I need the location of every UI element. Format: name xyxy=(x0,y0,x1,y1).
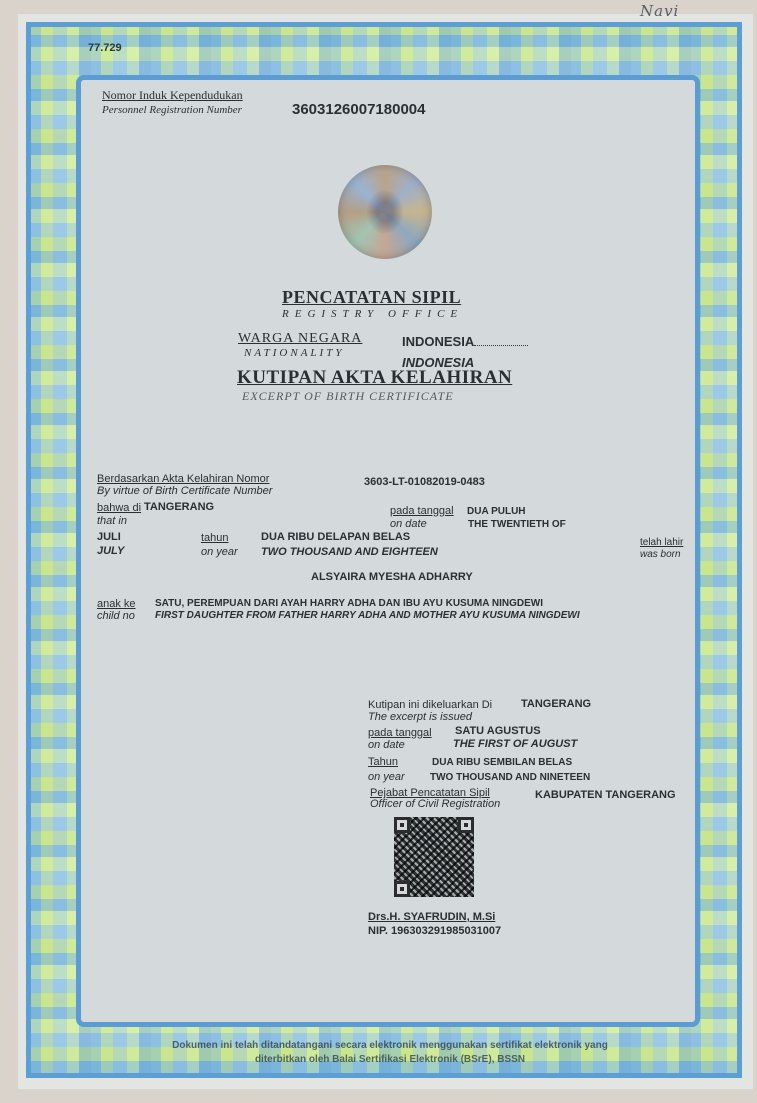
officer-label-en: Officer of Civil Registration xyxy=(370,798,500,810)
issue-year-en: TWO THOUSAND AND NINETEEN xyxy=(430,772,590,783)
born-label-en: was born xyxy=(640,549,681,560)
birth-month-id: JULI xyxy=(97,531,121,543)
child-no-label-en: child no xyxy=(97,610,135,622)
place-label-en: that in xyxy=(97,515,127,527)
garuda-hologram-icon xyxy=(338,165,432,259)
issued-place: TANGERANG xyxy=(521,698,591,710)
nationality-label-id: WARGA NEGARA xyxy=(238,331,362,347)
cert-no-value: 3603-LT-01082019-0483 xyxy=(364,476,485,488)
birth-year-id: DUA RIBU DELAPAN BELAS xyxy=(261,531,410,543)
dotted-line xyxy=(474,345,528,346)
office-title-en: REGISTRY OFFICE xyxy=(282,308,463,320)
issue-year-label-en: on year xyxy=(368,771,405,783)
child-no-label-id: anak ke xyxy=(97,598,136,610)
signatory-nip: NIP. 196303291985031007 xyxy=(368,925,501,937)
nationality-label-en: NATIONALITY xyxy=(244,347,344,359)
nationality-value-id-text: INDONESIA xyxy=(402,334,474,349)
issue-date-id: SATU AGUSTUS xyxy=(455,725,541,737)
office-title-id: PENCATATAN SIPIL xyxy=(282,287,461,308)
birth-day-id: DUA PULUH xyxy=(467,506,526,517)
nationality-value-id: INDONESIA xyxy=(402,334,528,349)
nik-label-en: Personnel Registration Number xyxy=(102,104,242,116)
qr-finder-top-left xyxy=(394,817,410,833)
qr-code-icon xyxy=(394,817,474,897)
qr-finder-bottom-left xyxy=(394,881,410,897)
child-desc-en: FIRST DAUGHTER FROM FATHER HARRY ADHA AN… xyxy=(155,610,580,621)
qr-finder-top-right xyxy=(458,817,474,833)
issued-label-id: Kutipan ini dikeluarkan Di xyxy=(368,699,492,711)
cert-no-label-en: By virtue of Birth Certificate Number xyxy=(97,485,272,497)
signatory-name: Drs.H. SYAFRUDIN, M.Si xyxy=(368,911,495,923)
issue-date-label-en: on date xyxy=(368,739,405,751)
issue-date-label-id: pada tanggal xyxy=(368,727,432,739)
handwritten-note: Navi xyxy=(640,2,679,20)
document-title-id: KUTIPAN AKTA KELAHIRAN xyxy=(237,367,512,389)
issue-date-en: THE FIRST OF AUGUST xyxy=(453,738,577,750)
place-label-id: bahwa di xyxy=(97,502,141,514)
officer-region: KABUPATEN TANGERANG xyxy=(535,789,676,801)
born-label-id: telah lahir xyxy=(640,537,683,548)
date-label-id: pada tanggal xyxy=(390,505,454,517)
child-desc-id: SATU, PEREMPUAN DARI AYAH HARRY ADHA DAN… xyxy=(155,598,543,609)
birth-month-en: JULY xyxy=(97,545,124,557)
document-title-en: EXCERPT OF BIRTH CERTIFICATE xyxy=(242,389,454,404)
cert-no-label-id: Berdasarkan Akta Kelahiran Nomor xyxy=(97,473,269,485)
nik-label-id: Nomor Induk Kependudukan xyxy=(102,88,243,103)
birth-year-en: TWO THOUSAND AND EIGHTEEN xyxy=(261,546,438,558)
issue-year-label-id: Tahun xyxy=(368,756,398,768)
year-label-id: tahun xyxy=(201,532,229,544)
year-label-en: on year xyxy=(201,546,238,558)
date-label-en: on date xyxy=(390,518,427,530)
issued-label-en: The excerpt is issued xyxy=(368,711,472,723)
nik-value: 3603126007180004 xyxy=(292,101,425,118)
serial-number: 77.729 xyxy=(88,42,122,54)
birth-day-en: THE TWENTIETH OF xyxy=(468,519,566,530)
footer-note-line2: diterbitkan oleh Balai Sertifikasi Elekt… xyxy=(100,1054,680,1065)
footer-note-line1: Dokumen ini telah ditandatangani secara … xyxy=(100,1040,680,1051)
issue-year-id: DUA RIBU SEMBILAN BELAS xyxy=(432,757,572,768)
place-value: TANGERANG xyxy=(144,501,214,513)
child-name: ALSYAIRA MYESHA ADHARRY xyxy=(311,571,473,583)
